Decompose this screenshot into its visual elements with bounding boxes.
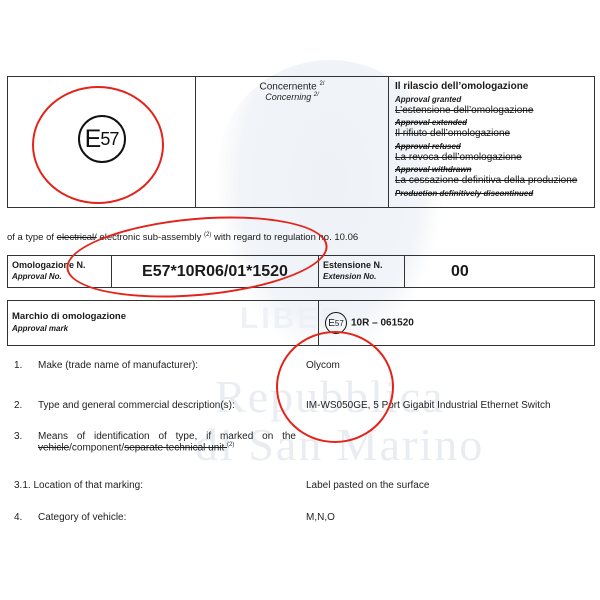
- approval-table: Omologazione N. Approval No. E57*10R06/0…: [7, 255, 595, 288]
- approval-mark-table: Marchio di omologazione Approval mark E5…: [7, 300, 595, 346]
- status-list: Il rilascio dell’omologazioneApproval gr…: [389, 77, 594, 199]
- item-make-value: Olycom: [306, 360, 340, 371]
- status-cell: Il rilascio dell’omologazioneApproval gr…: [389, 77, 595, 208]
- status-option-en: Approval refused: [395, 141, 594, 152]
- item-type-value: IM-WS050GE, 5 Port Gigabit Industrial Et…: [306, 400, 551, 411]
- status-option-en: Production definitively discontinued: [395, 188, 594, 199]
- approval-number: E57*10R06/01*1520: [112, 256, 319, 288]
- extension-label: Estensione N. Extension No.: [319, 256, 405, 288]
- concerning-cell: Concernente 2/ Concerning 2/: [196, 77, 389, 208]
- status-option-it: Il rilascio dell’omologazione: [395, 81, 594, 94]
- logo-cell: E57: [8, 77, 196, 208]
- status-option-it: L’estensione dell’omologazione: [395, 105, 594, 118]
- approval-mark-value: E5710R – 061520: [319, 301, 595, 346]
- status-option-it: La cessazione definitiva della produzion…: [395, 175, 594, 188]
- item-location-label: 3.1. Location of that marking:: [14, 480, 143, 491]
- status-option-it: Il rifiuto dell’omologazione: [395, 128, 594, 141]
- item-location-value: Label pasted on the surface: [306, 480, 429, 491]
- type-sentence: of a type of electrical/ electronic sub-…: [7, 232, 358, 243]
- concerning-it: Concernente 2/: [196, 81, 388, 92]
- item-type-label: 2.Type and general commercial descriptio…: [14, 400, 235, 411]
- status-option-en: Approval withdrawn: [395, 164, 594, 175]
- item-identification-label: 3.Means of identification of type, if ma…: [14, 431, 296, 453]
- e57-mark-icon: E57: [78, 115, 126, 163]
- status-option-it: La revoca dell’omologazione: [395, 152, 594, 165]
- concerning-en: Concerning 2/: [196, 92, 388, 102]
- header-table: E57 Concernente 2/ Concerning 2/ Il rila…: [7, 76, 595, 208]
- approval-label: Omologazione N. Approval No.: [8, 256, 112, 288]
- extension-number: 00: [405, 256, 595, 288]
- status-option-en: Approval extended: [395, 117, 594, 128]
- approval-mark-label: Marchio di omologazione Approval mark: [8, 301, 319, 346]
- item-category-label: 4.Category of vehicle:: [14, 512, 126, 523]
- watermark-line1: Repubblica: [215, 370, 445, 423]
- status-option-en: Approval granted: [395, 94, 594, 105]
- annotation-circle-make: [276, 331, 394, 443]
- item-make-label: 1.Make (trade name of manufacturer):: [14, 360, 198, 371]
- item-category-value: M,N,O: [306, 512, 335, 523]
- e57-small-mark-icon: E57: [325, 312, 347, 334]
